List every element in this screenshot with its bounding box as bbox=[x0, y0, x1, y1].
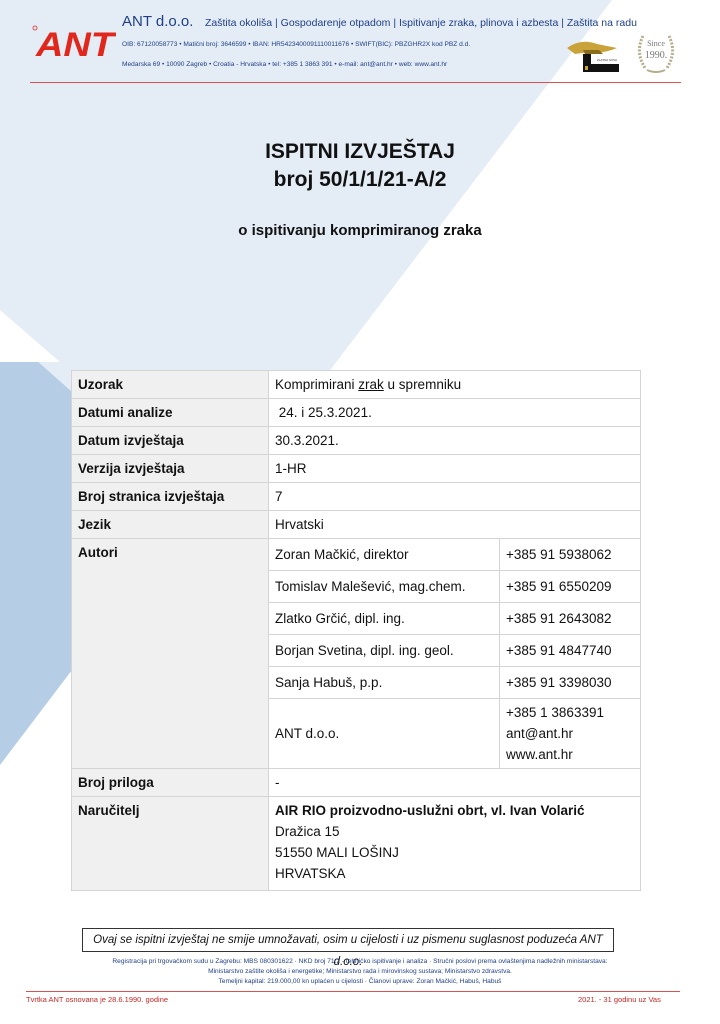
client-city: 51550 MALI LOŠINJ bbox=[275, 842, 634, 863]
footer-registration-line: Registracija pri trgovačkom sudu u Zagre… bbox=[0, 958, 720, 965]
client-street: Dražica 15 bbox=[275, 821, 634, 842]
row-label: Datumi analize bbox=[72, 399, 269, 427]
copy-notice: Ovaj se ispitni izvještaj ne smije umnož… bbox=[82, 928, 614, 952]
row-label: Naručitelj bbox=[72, 797, 269, 891]
table-row: Broj stranica izvještaja 7 bbox=[72, 483, 641, 511]
header-divider bbox=[30, 82, 681, 83]
report-date-value: 30.3.2021. bbox=[269, 427, 641, 455]
analysis-dates-value: 24. i 25.3.2021. bbox=[269, 399, 641, 427]
table-row: Jezik Hrvatski bbox=[72, 511, 641, 539]
author-phone: +385 91 2643082 bbox=[500, 603, 641, 635]
row-label: Jezik bbox=[72, 511, 269, 539]
client-name: AIR RIO proizvodno-uslužni obrt, vl. Iva… bbox=[275, 800, 634, 821]
author-name: Zlatko Grčić, dipl. ing. bbox=[269, 603, 500, 635]
client-value: AIR RIO proizvodno-uslužni obrt, vl. Iva… bbox=[269, 797, 641, 891]
author-name: Tomislav Malešević, mag.chem. bbox=[269, 571, 500, 603]
founded-note: Tvrtka ANT osnovana je 28.6.1990. godine bbox=[26, 995, 168, 1004]
language-value: Hrvatski bbox=[269, 511, 641, 539]
author-name: Sanja Habuš, p.p. bbox=[269, 667, 500, 699]
page-count-value: 7 bbox=[269, 483, 641, 511]
table-row: Uzorak Komprimirani zrak u spremniku bbox=[72, 371, 641, 399]
svg-text:ZLATNA SOVA: ZLATNA SOVA bbox=[597, 58, 617, 62]
anniversary-note: 2021. - 31 godinu uz Vas bbox=[578, 995, 661, 1004]
row-label: Broj stranica izvještaja bbox=[72, 483, 269, 511]
author-name: Zoran Mačkić, direktor bbox=[269, 539, 500, 571]
report-title: ISPITNI IZVJEŠTAJ bbox=[0, 140, 720, 164]
registration-line: OIB: 67120058773 • Matični broj: 3646599… bbox=[122, 41, 470, 48]
author-phone: +385 91 6550209 bbox=[500, 571, 641, 603]
version-value: 1-HR bbox=[269, 455, 641, 483]
ant-logo: ANT bbox=[28, 22, 116, 62]
row-label: Autori bbox=[72, 539, 269, 769]
address-line: Medarska 69 • 10090 Zagreb • Croatia - H… bbox=[122, 61, 447, 68]
sample-value: Komprimirani zrak u spremniku bbox=[269, 371, 641, 399]
table-row: Broj priloga - bbox=[72, 769, 641, 797]
author-phone: +385 91 5938062 bbox=[500, 539, 641, 571]
author-phone: +385 91 4847740 bbox=[500, 635, 641, 667]
row-label: Verzija izvještaja bbox=[72, 455, 269, 483]
since-label: Since bbox=[633, 39, 679, 48]
author-row: Autori Zoran Mačkić, direktor +385 91 59… bbox=[72, 539, 641, 571]
row-label: Uzorak bbox=[72, 371, 269, 399]
since-year: 1990. bbox=[633, 50, 679, 61]
table-row: Datumi analize 24. i 25.3.2021. bbox=[72, 399, 641, 427]
client-country: HRVATSKA bbox=[275, 863, 634, 884]
company-author-name: ANT d.o.o. bbox=[269, 699, 500, 769]
row-label: Datum izvještaja bbox=[72, 427, 269, 455]
table-row: Verzija izvještaja 1-HR bbox=[72, 455, 641, 483]
attachments-value: - bbox=[269, 769, 641, 797]
report-subtitle: o ispitivanju komprimiranog zraka bbox=[0, 222, 720, 239]
footer-divider bbox=[26, 991, 680, 992]
svg-text:ANT: ANT bbox=[35, 26, 116, 62]
row-label: Broj priloga bbox=[72, 769, 269, 797]
table-row: Datum izvještaja 30.3.2021. bbox=[72, 427, 641, 455]
services-list: Zaštita okoliša | Gospodarenje otpadom |… bbox=[205, 17, 637, 29]
since-1990-badge: Since 1990. bbox=[633, 30, 679, 74]
table-row: Naručitelj AIR RIO proizvodno-uslužni ob… bbox=[72, 797, 641, 891]
author-name: Borjan Svetina, dipl. ing. geol. bbox=[269, 635, 500, 667]
company-email[interactable]: ant@ant.hr bbox=[506, 723, 634, 744]
footer-capital-line: Temeljni kapital: 219.000,00 kn uplaćen … bbox=[0, 978, 720, 985]
company-name: ANT d.o.o. bbox=[122, 13, 193, 30]
golden-owl-award-icon: ZLATNA SOVA bbox=[563, 34, 623, 74]
report-number: broj 50/1/1/21-A/2 bbox=[0, 168, 720, 192]
report-info-table: Uzorak Komprimirani zrak u spremniku Dat… bbox=[71, 370, 641, 891]
company-contact: +385 1 3863391 ant@ant.hr www.ant.hr bbox=[500, 699, 641, 769]
author-phone: +385 91 3398030 bbox=[500, 667, 641, 699]
company-web[interactable]: www.ant.hr bbox=[506, 744, 634, 765]
company-phone: +385 1 3863391 bbox=[506, 702, 634, 723]
footer-ministries-line: Ministarstvo zaštite okoliša i energetik… bbox=[0, 968, 720, 975]
